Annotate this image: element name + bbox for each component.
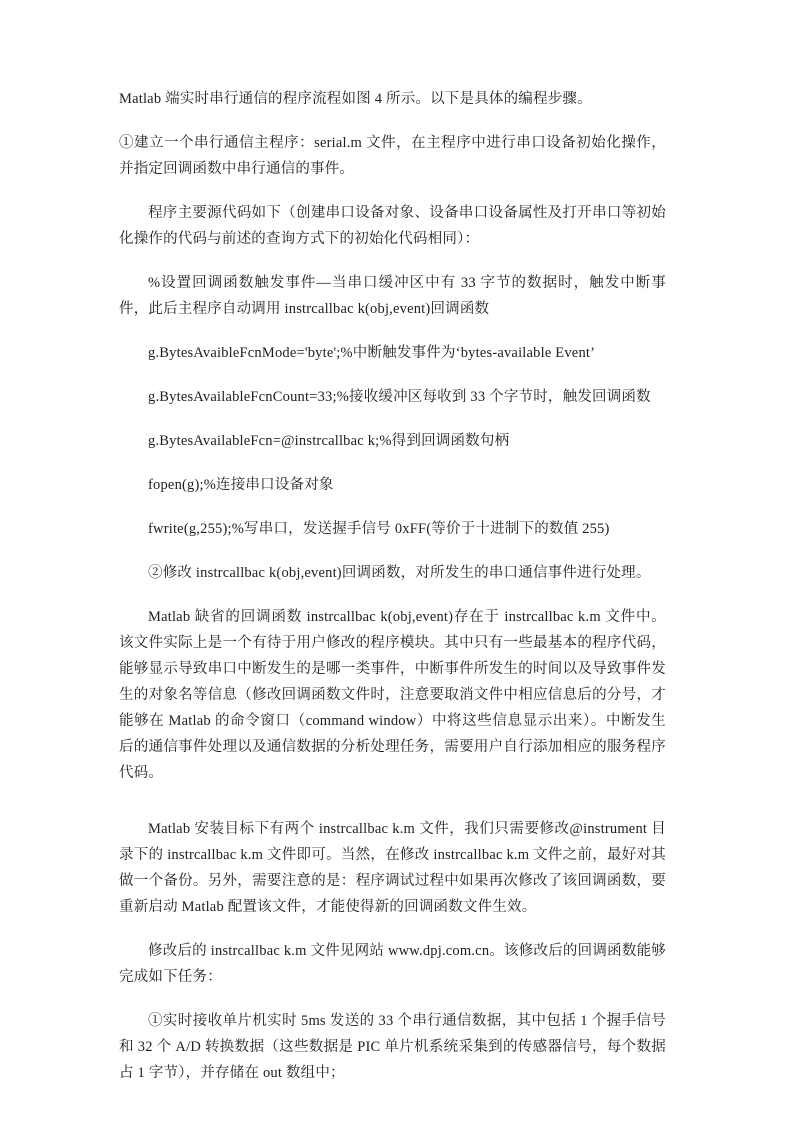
paragraph-default-callback-description: Matlab 缺省的回调函数 instrcallbac k(obj,event)… bbox=[119, 604, 666, 786]
paragraph-source-note: 程序主要源代码如下（创建串口设备对象、设备串口设备属性及打开串口等初始化操作的代… bbox=[119, 200, 666, 252]
paragraph-task1-receive-data: ①实时接收单片机实时 5ms 发送的 33 个串行通信数据，其中包括 1 个握手… bbox=[119, 1008, 666, 1086]
code-line-fwrite: fwrite(g,255);%写串口，发送握手信号 0xFF(等价于十进制下的数… bbox=[119, 516, 666, 542]
document-content: Matlab 端实时串行通信的程序流程如图 4 所示。以下是具体的编程步骤。 ①… bbox=[0, 0, 794, 1123]
code-comment-trigger-event: %设置回调函数触发事件—当串口缓冲区中有 33 字节的数据时，触发中断事件，此后… bbox=[119, 270, 666, 322]
paragraph-step1: ①建立一个串行通信主程序：serial.m 文件，在主程序中进行串口设备初始化操… bbox=[119, 130, 666, 182]
code-line-fopen: fopen(g);%连接串口设备对象 bbox=[119, 472, 666, 498]
paragraph-step2: ②修改 instrcallbac k(obj,event)回调函数，对所发生的串… bbox=[119, 560, 666, 586]
code-line-bytesavailable-fcncount: g.BytesAvailableFcnCount=33;%接收缓冲区每收到 33… bbox=[119, 384, 666, 410]
code-line-bytesavailable-fcn-handle: g.BytesAvailableFcn=@instrcallbac k;%得到回… bbox=[119, 428, 666, 454]
code-line-bytesavailable-fcnmode: g.BytesAvaibleFcnMode='byte';%中断触发事件为‘by… bbox=[119, 340, 666, 366]
document-page: { "page": { "background": "#ffffff", "te… bbox=[0, 0, 794, 1123]
paragraph-intro: Matlab 端实时串行通信的程序流程如图 4 所示。以下是具体的编程步骤。 bbox=[119, 86, 666, 112]
paragraph-modified-file-website: 修改后的 instrcallbac k.m 文件见网站 www.dpj.com.… bbox=[119, 938, 666, 990]
paragraph-install-directory-note: Matlab 安装目标下有两个 instrcallbac k.m 文件，我们只需… bbox=[119, 816, 666, 920]
